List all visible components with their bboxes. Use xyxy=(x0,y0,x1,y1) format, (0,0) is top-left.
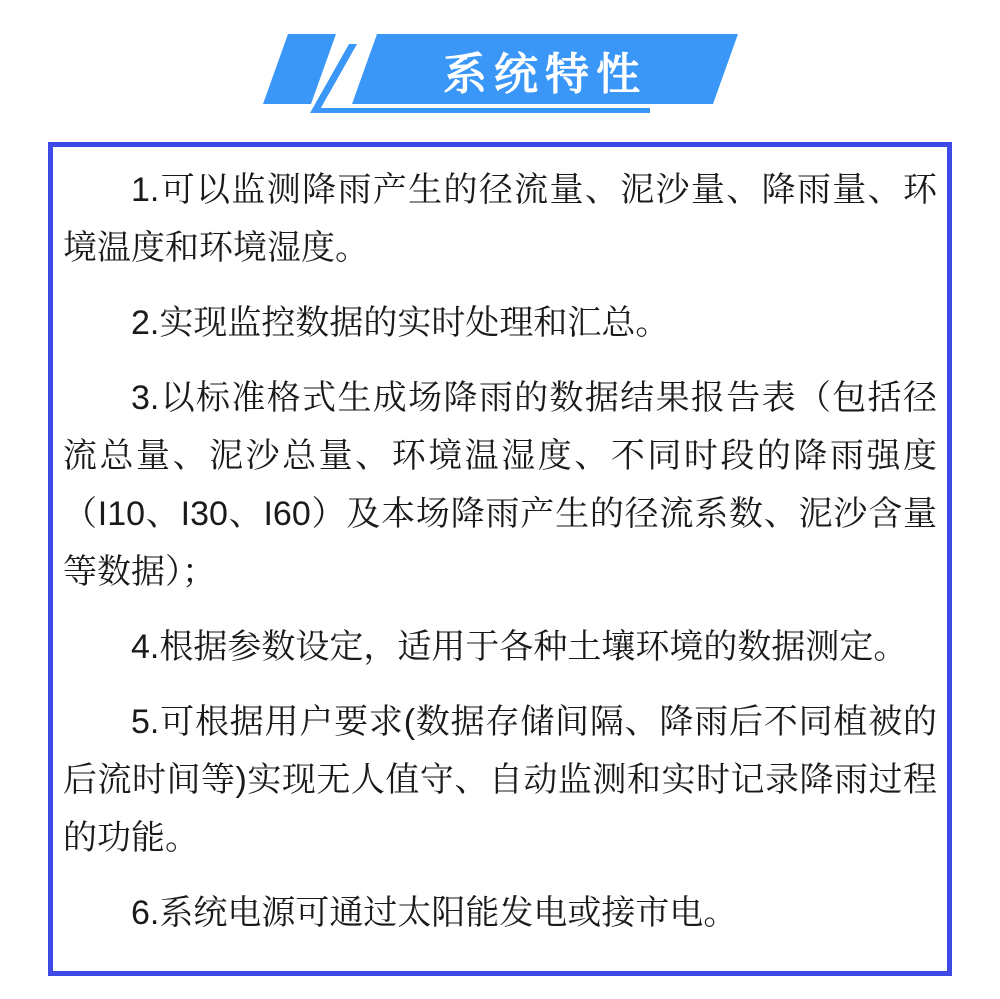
feature-item-6: 6.系统电源可通过太阳能发电或接市电。 xyxy=(63,884,937,942)
header-banner: 系统特性 xyxy=(0,0,1000,142)
features-box: 1.可以监测降雨产生的径流量、泥沙量、降雨量、环境温度和环境湿度。 2.实现监控… xyxy=(48,142,952,976)
decoration-underline xyxy=(316,108,650,113)
feature-item-5: 5.可根据用户要求(数据存储间隔、降雨后不同植被的后流时间等)实现无人值守、自动… xyxy=(63,693,937,867)
page-title: 系统特性 xyxy=(352,38,738,102)
feature-item-2: 2.实现监控数据的实时处理和汇总。 xyxy=(63,294,937,352)
feature-item-3: 3.以标准格式生成场降雨的数据结果报告表（包括径流总量、泥沙总量、环境温湿度、不… xyxy=(63,369,937,601)
feature-item-4: 4.根据参数设定，适用于各种土壤环境的数据测定。 xyxy=(63,618,937,676)
feature-item-1: 1.可以监测降雨产生的径流量、泥沙量、降雨量、环境温度和环境湿度。 xyxy=(63,161,937,277)
page: 系统特性 1.可以监测降雨产生的径流量、泥沙量、降雨量、环境温度和环境湿度。 2… xyxy=(0,0,1000,999)
